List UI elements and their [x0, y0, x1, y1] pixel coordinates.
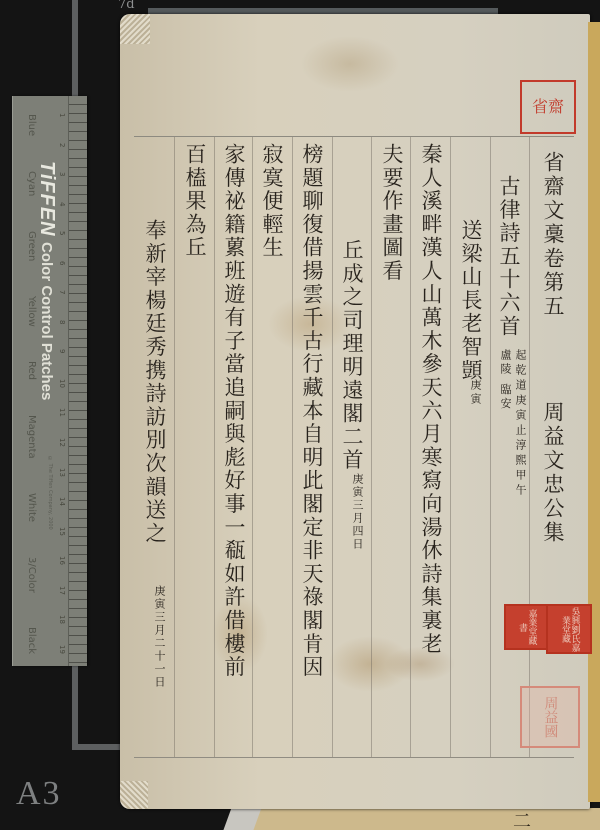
seal-text: 嘉業堂藏書 — [517, 606, 536, 648]
column-rule — [252, 137, 253, 757]
column-rule — [450, 137, 451, 757]
patch-label: Green — [15, 231, 37, 261]
underlying-page-character: 二 — [513, 807, 531, 830]
column-rule — [214, 137, 215, 757]
ruler-number: 17 — [58, 586, 66, 600]
patch-label: White — [15, 493, 37, 522]
ruler-number: 15 — [58, 527, 66, 541]
section-note-right: 起乾道庚寅止淳熙甲午 — [515, 349, 526, 499]
seal-text: 吳興劉氏嘉業堂藏 — [560, 606, 579, 652]
ruler-numbers: 1 2 3 4 5 6 7 8 9 10 11 12 13 14 15 16 1… — [55, 116, 69, 656]
card-title: Color Control Patches — [38, 242, 55, 400]
book-page: 省齋 省齋文稾卷第五 周益文忠公集 古律詩五十六首 起乾道庚寅止淳熙甲午 盧陵 … — [120, 14, 590, 809]
ruler-number: 2 — [58, 143, 66, 157]
poem1-line2: 夫要作畫圖看 — [381, 143, 402, 283]
underlying-page — [236, 808, 600, 830]
collector-seal-top: 省齋 — [520, 80, 576, 134]
worn-corner-top — [120, 14, 150, 44]
ruler-number: 8 — [58, 320, 66, 334]
column-rule — [371, 137, 372, 757]
color-control-card: Blue Cyan Green Yellow Red Magenta White… — [12, 96, 87, 666]
ruler-number: 9 — [58, 349, 66, 363]
collector-seal-bottom: 周益國 — [520, 686, 580, 748]
ruler-number: 13 — [58, 468, 66, 482]
ruler-scale — [68, 96, 87, 666]
ruler-number: 10 — [58, 379, 66, 393]
poem2-line4: 百榼果為丘 — [184, 143, 205, 260]
collector-seal-middle-right: 吳興劉氏嘉業堂藏 — [546, 604, 592, 654]
poem1-line1: 秦人溪畔漢人山萬木參天六月寒寫向湯休詩集裏老 — [420, 143, 441, 656]
poem3-title: 奉新宰楊廷秀携詩訪別次韻送之 — [144, 219, 165, 545]
ruler-number: 5 — [58, 231, 66, 245]
section-note-left: 盧陵 臨安 — [500, 349, 511, 412]
ruler-number: 19 — [58, 645, 66, 659]
ruler-number: 4 — [58, 202, 66, 216]
worn-corner-bottom — [120, 781, 148, 809]
column-rule — [490, 137, 491, 757]
ruler-number: 12 — [58, 438, 66, 452]
color-patch-labels: Blue Cyan Green Yellow Red Magenta White… — [15, 114, 37, 654]
card-fine-print: © The Tiffen Company, 2000 — [47, 456, 53, 530]
poem1-title: 送梁山長老智顗 — [460, 219, 481, 382]
ruler-number: 3 — [58, 172, 66, 186]
patch-label: Cyan — [15, 171, 37, 196]
ruler-number: 11 — [58, 408, 66, 422]
author-title: 周益文忠公集 — [542, 401, 563, 545]
section-title: 古律詩五十六首 — [498, 175, 519, 338]
poem1-date: 庚寅 — [470, 379, 481, 407]
volume-title: 省齋文稾卷第五 — [542, 151, 563, 319]
patch-label: Magenta — [15, 415, 37, 459]
scanner-size-label: A3 — [16, 775, 62, 813]
patch-label: Red — [15, 361, 37, 380]
text-frame: 省齋文稾卷第五 周益文忠公集 古律詩五十六首 起乾道庚寅止淳熙甲午 盧陵 臨安 … — [134, 136, 574, 758]
poem2-line2: 寂寞便輕生 — [261, 143, 282, 260]
column-rule — [332, 137, 333, 757]
ruler-number: 1 — [58, 113, 66, 127]
seal-text: 省齋 — [532, 99, 564, 116]
scanner-top-label: 7d — [118, 0, 135, 12]
column-rule — [410, 137, 411, 757]
collector-seal-middle-left: 嘉業堂藏書 — [504, 604, 548, 650]
ruler-number: 14 — [58, 497, 66, 511]
poem2-date: 庚寅三月四日 — [352, 473, 363, 551]
patch-label: Black — [15, 627, 37, 654]
ruler-number: 7 — [58, 290, 66, 304]
poem2-title: 丘成之司理明遠閣二首 — [341, 239, 362, 472]
poem2-line1: 榜題聊復借揚雲千古行藏本自明此閣定非天祿閣肯因 — [301, 143, 322, 679]
ruler-number: 16 — [58, 556, 66, 570]
patch-label: Blue — [15, 114, 37, 136]
column-rule — [529, 137, 530, 757]
ruler-number: 18 — [58, 615, 66, 629]
book-page-edge — [588, 22, 600, 802]
ruler-number: 6 — [58, 261, 66, 275]
poem3-date: 庚寅三月二十一日 — [154, 585, 165, 689]
column-rule — [292, 137, 293, 757]
column-rule — [174, 137, 175, 757]
poem2-line3: 家傳祕籍蔂班遊有子當追嗣與彪好事一瓻如許借樓前 — [223, 143, 244, 679]
seal-text: 周益國 — [543, 696, 558, 738]
patch-label: 3/Color — [15, 557, 37, 593]
patch-label: Yellow — [15, 296, 37, 327]
